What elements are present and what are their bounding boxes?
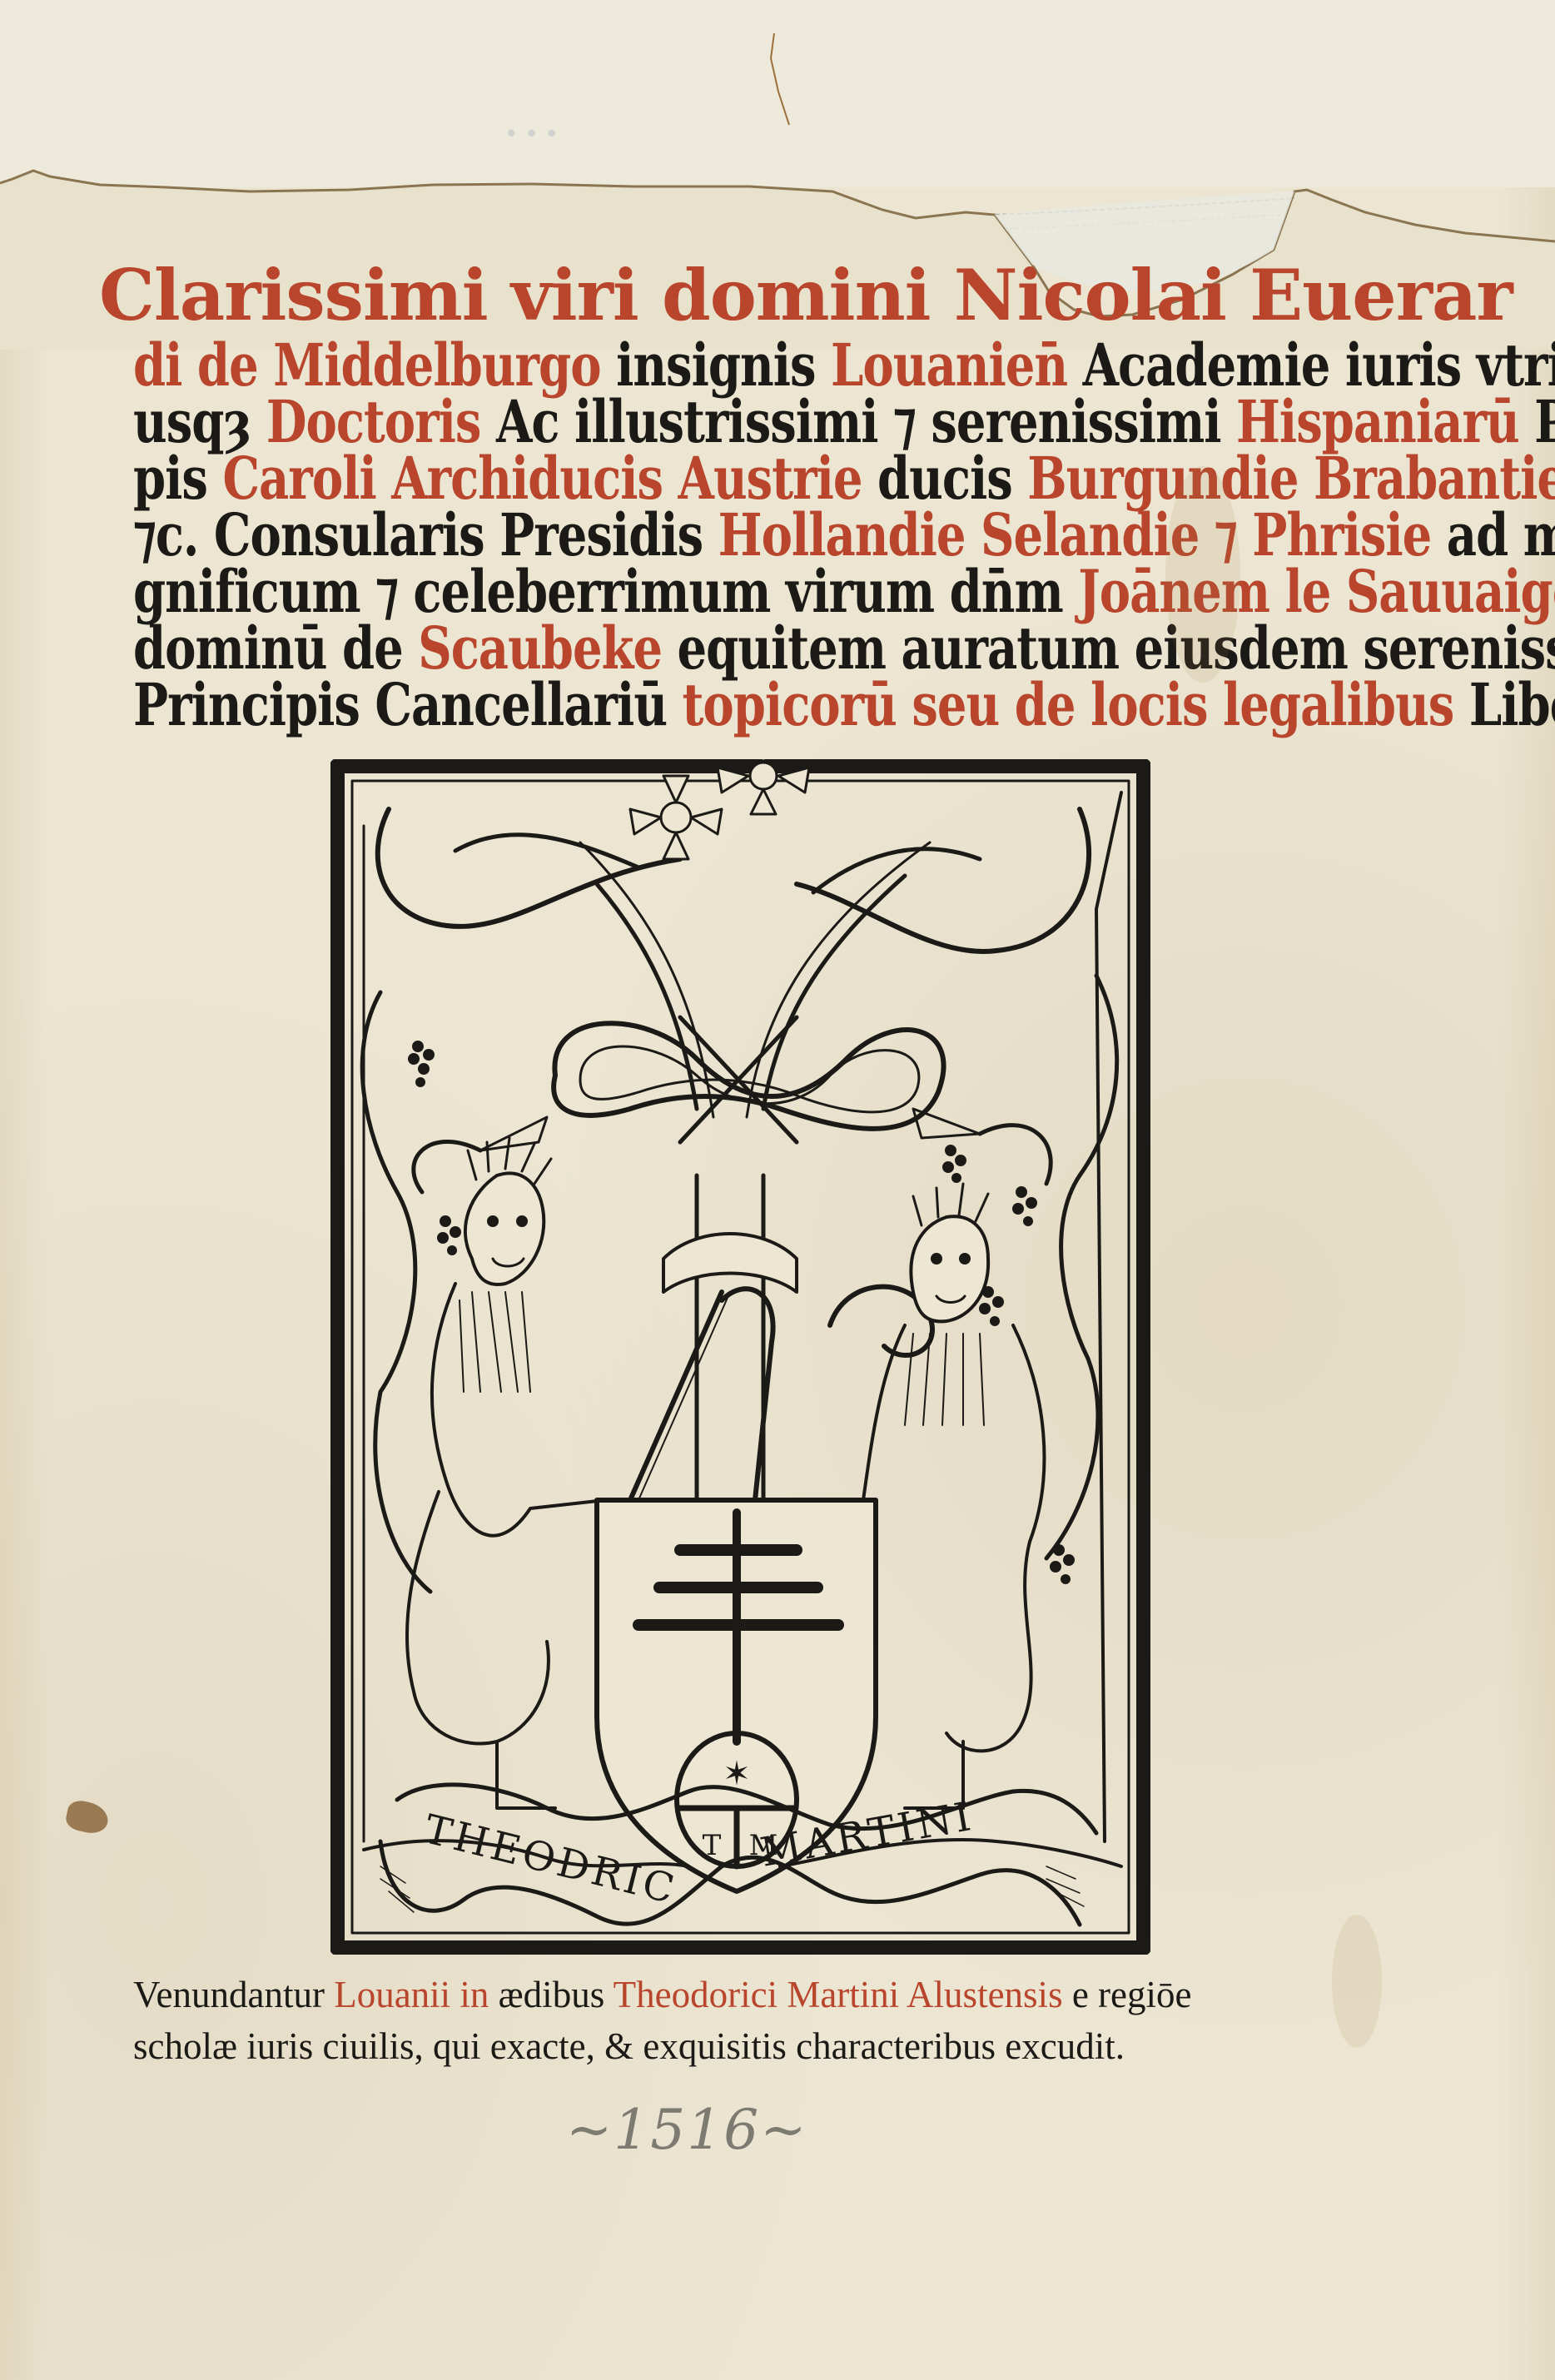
- imprint-segment: Louanii in: [334, 1974, 498, 2015]
- imprint-line-2: scholæ iuris ciuilis, qui exacte, & exqu…: [133, 2020, 1415, 2072]
- title-block: Clarissimi viri domini Nicolai Euerar di…: [96, 254, 1361, 733]
- title-line-8: Principis Cancellariū topicorū seu de lo…: [133, 670, 1361, 741]
- pencil-date-note: ~1516~: [566, 2098, 808, 2162]
- title-segment: Principis Cancellariū: [133, 671, 683, 740]
- star-icon: ✶: [723, 1755, 751, 1793]
- foxing-spot: [1165, 466, 1240, 683]
- imprint: Venundantur Louanii in ædibus Theodorici…: [133, 1969, 1415, 2072]
- imprint-segment: e regiōe: [1072, 1974, 1192, 2015]
- imprint-line-1: Venundantur Louanii in ædibus Theodorici…: [133, 1969, 1415, 2020]
- imprint-segment: Venundantur: [133, 1974, 334, 2015]
- title-segment: Clarissimi viri domini Nicolai Euerar: [99, 254, 1513, 336]
- imprint-segment: Theodorici Martini Alustensis: [614, 1974, 1072, 2015]
- foxing-spot: [1332, 1915, 1382, 2048]
- imprint-segment: ædibus: [499, 1974, 614, 2015]
- title-segment: Liber.: [1469, 671, 1555, 740]
- title-line-1: Clarissimi viri domini Nicolai Euerar: [99, 254, 1361, 337]
- printers-device-woodcut: TM ✶ THEODRIC MARTINI: [330, 759, 1150, 1955]
- title-segment: topicorū seu de locis legalibus: [683, 671, 1469, 740]
